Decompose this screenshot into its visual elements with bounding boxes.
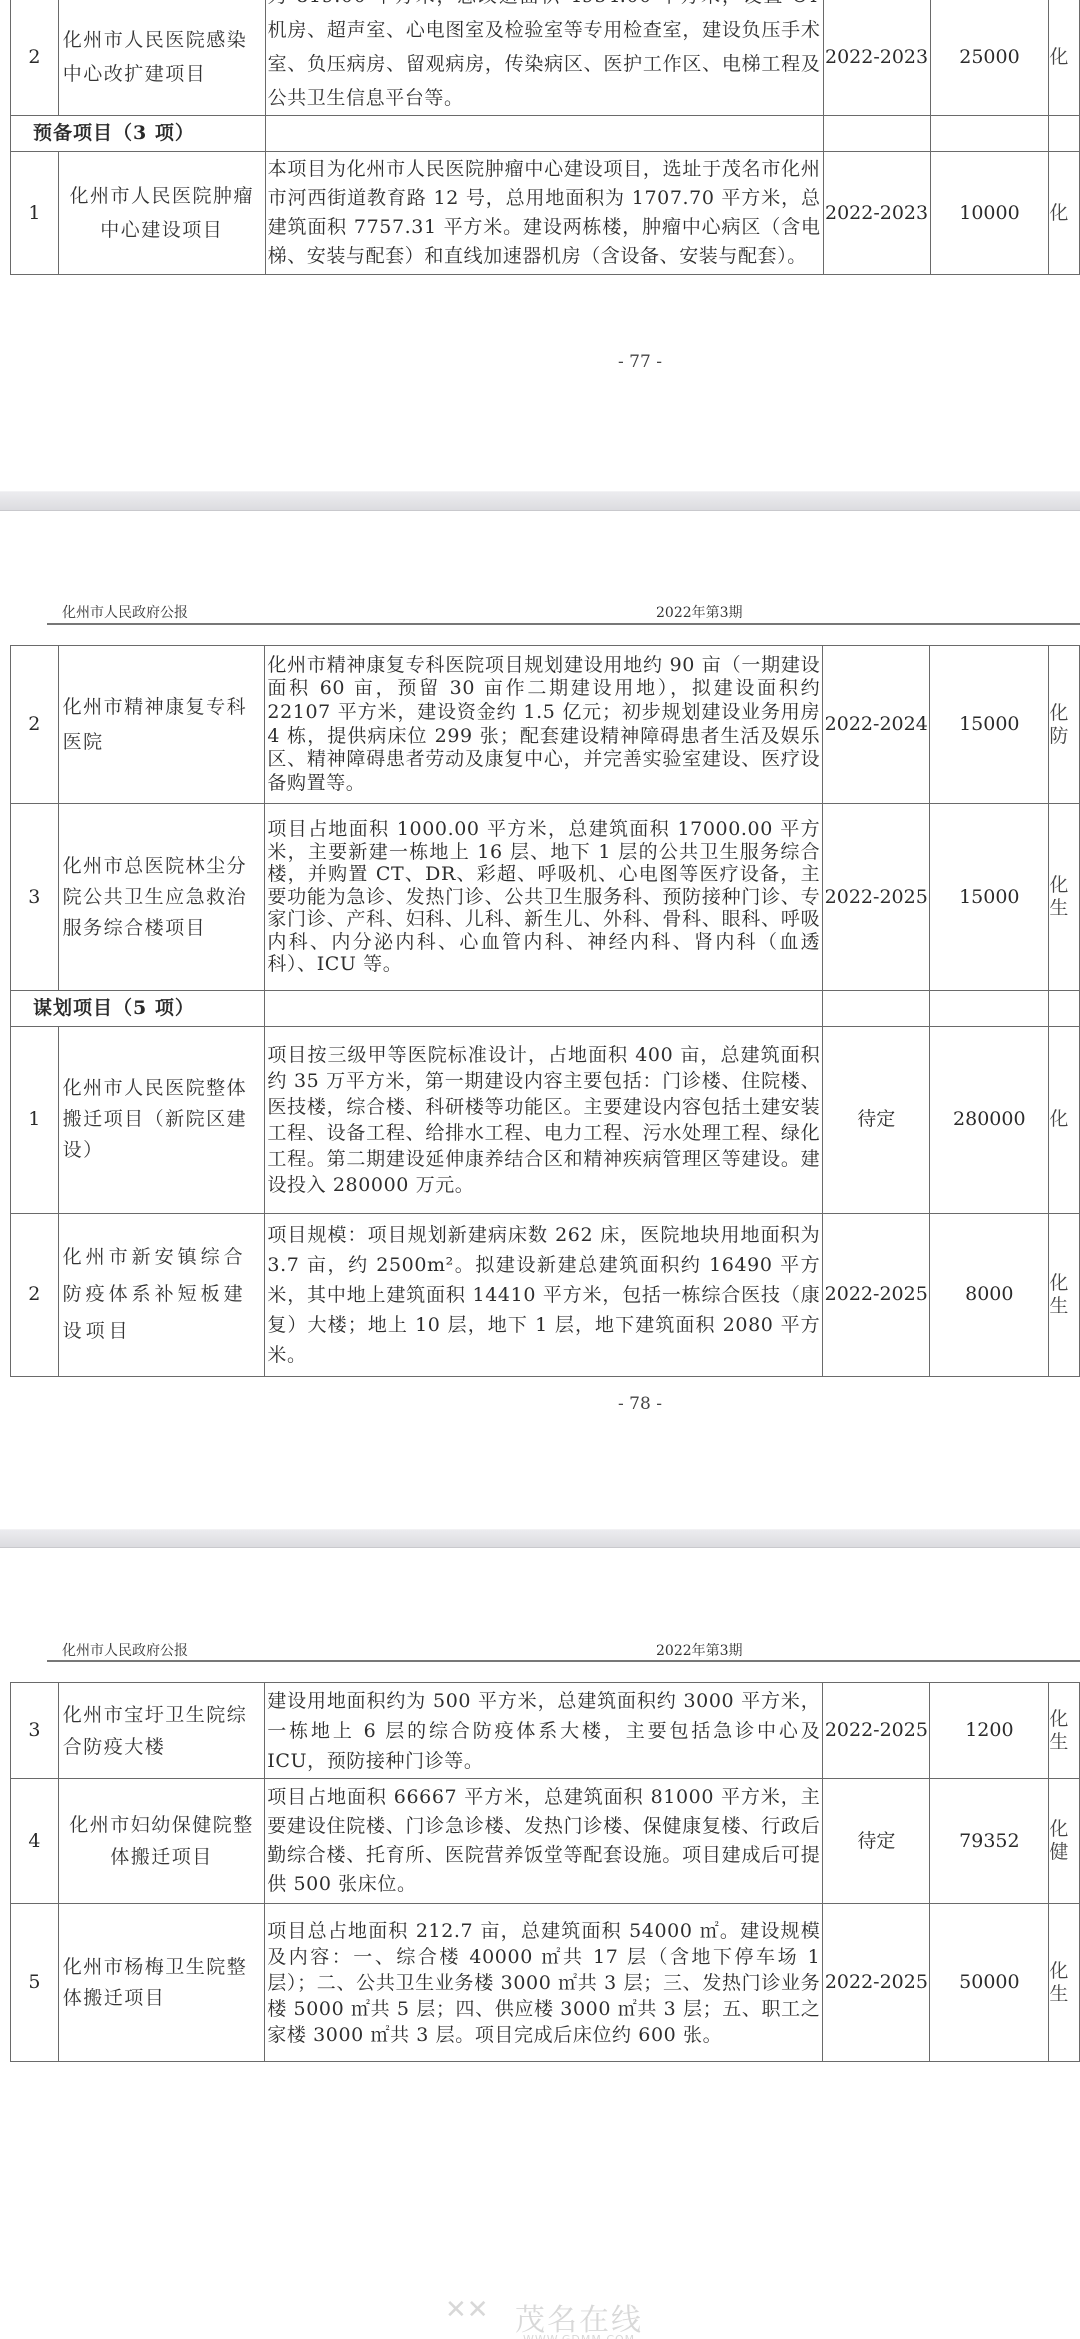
project-amount: 8000 (930, 1213, 1049, 1376)
section-row: 预备项目（3 项） (11, 116, 1080, 152)
project-table-page-77: 2 化州市人民医院感染中心改扩建项目 为 819.00 平方米，总改造面积 49… (10, 0, 1080, 275)
project-description: 项目占地面积 1000.00 平方米，总建筑面积 17000.00 平方米，主要… (265, 804, 823, 991)
project-extra-cut: 化生 (1049, 1213, 1080, 1376)
section-label-reserve: 预备项目（3 项） (11, 116, 266, 152)
page-number: - 77 - (0, 352, 1080, 372)
empty-cell (265, 116, 823, 152)
row-number: 1 (11, 1026, 59, 1213)
project-amount: 15000 (930, 804, 1049, 991)
row-number: 1 (11, 152, 59, 275)
project-amount: 1200 (930, 1683, 1049, 1779)
header-rule (47, 623, 1080, 625)
project-name: 化州市妇幼保健院整体搬迁项目 (58, 1779, 265, 1904)
project-amount: 50000 (930, 1904, 1049, 2062)
project-description: 项目规模：项目规划新建病床数 262 床，医院地块用地面积为 3.7 亩，约 2… (265, 1213, 823, 1376)
project-years: 2022-2023 (823, 0, 930, 116)
project-amount: 10000 (930, 152, 1049, 275)
project-amount: 79352 (930, 1779, 1049, 1904)
project-name: 化州市总医院林尘分院公共卫生应急救治服务综合楼项目 (58, 804, 265, 991)
site-watermark: ✕✕茂名在线 WWW.GDMM.COM (445, 2295, 643, 2339)
project-description: 项目占地面积 66667 平方米，总建筑面积 81000 平方米，主要建设住院楼… (265, 1779, 823, 1904)
project-description: 建设用地面积约为 500 平方米，总建筑面积约 3000 平方米，一栋地上 6 … (265, 1683, 823, 1779)
project-extra-cut: 化 (1049, 152, 1080, 275)
row-number: 3 (11, 1683, 59, 1779)
empty-cell (265, 991, 823, 1027)
project-name: 化州市人民医院感染中心改扩建项目 (58, 0, 265, 116)
header-rule (47, 1660, 1080, 1662)
watermark-url: WWW.GDMM.COM (523, 2333, 643, 2339)
project-name: 化州市人民医院整体搬迁项目（新院区建设） (58, 1026, 265, 1213)
project-name: 化州市精神康复专科医院 (58, 646, 265, 804)
watermark-logo-icon: ✕✕ (445, 2295, 515, 2325)
project-extra-cut: 化生 (1049, 1904, 1080, 2062)
page-number: - 78 - (0, 1394, 1080, 1414)
page-separator (0, 491, 1080, 511)
table-row: 2 化州市精神康复专科医院 化州市精神康复专科医院项目规划建设用地约 90 亩（… (11, 646, 1080, 804)
project-years: 待定 (823, 1026, 930, 1213)
row-number: 2 (11, 1213, 59, 1376)
row-number: 2 (11, 0, 59, 116)
row-number: 4 (11, 1779, 59, 1904)
project-description: 项目总占地面积 212.7 亩，总建筑面积 54000 ㎡。建设规模及内容：一、… (265, 1904, 823, 2062)
publication-name: 化州市人民政府公报 (62, 602, 188, 622)
empty-cell (930, 116, 1049, 152)
project-years: 待定 (823, 1779, 930, 1904)
page-separator (0, 1529, 1080, 1548)
project-years: 2022-2024 (823, 646, 930, 804)
project-years: 2022-2023 (823, 152, 930, 275)
project-extra-cut: 化生 (1049, 804, 1080, 991)
project-extra-cut: 化健 (1049, 1779, 1080, 1904)
project-amount: 25000 (930, 0, 1049, 116)
table-row: 3 化州市宝圩卫生院综合防疫大楼 建设用地面积约为 500 平方米，总建筑面积约… (11, 1683, 1080, 1779)
table-row: 2 化州市人民医院感染中心改扩建项目 为 819.00 平方米，总改造面积 49… (11, 0, 1080, 116)
table-row: 4 化州市妇幼保健院整体搬迁项目 项目占地面积 66667 平方米，总建筑面积 … (11, 1779, 1080, 1904)
project-name: 化州市杨梅卫生院整体搬迁项目 (58, 1904, 265, 2062)
project-name: 化州市新安镇综合防疫体系补短板建设项目 (58, 1213, 265, 1376)
project-description: 项目按三级甲等医院标准设计，占地面积 400 亩，总建筑面积约 35 万平方米，… (265, 1026, 823, 1213)
empty-cell (1049, 116, 1080, 152)
row-number: 2 (11, 646, 59, 804)
project-description: 化州市精神康复专科医院项目规划建设用地约 90 亩（一期建设面积 60 亩，预留… (265, 646, 823, 804)
project-years: 2022-2025 (823, 804, 930, 991)
issue-label: 2022年第3期 (656, 1640, 743, 1660)
empty-cell (823, 991, 930, 1027)
empty-cell (1049, 991, 1080, 1027)
publication-name: 化州市人民政府公报 (62, 1640, 188, 1660)
table-row: 1 化州市人民医院整体搬迁项目（新院区建设） 项目按三级甲等医院标准设计，占地面… (11, 1026, 1080, 1213)
project-years: 2022-2025 (823, 1213, 930, 1376)
row-number: 5 (11, 1904, 59, 2062)
row-number: 3 (11, 804, 59, 991)
table-row: 2 化州市新安镇综合防疫体系补短板建设项目 项目规模：项目规划新建病床数 262… (11, 1213, 1080, 1376)
project-table-page-78: 2 化州市精神康复专科医院 化州市精神康复专科医院项目规划建设用地约 90 亩（… (10, 645, 1080, 1377)
project-extra-cut: 化 (1049, 0, 1080, 116)
issue-label: 2022年第3期 (656, 602, 743, 622)
empty-cell (930, 991, 1049, 1027)
section-label-planning: 谋划项目（5 项） (11, 991, 265, 1027)
table-row: 5 化州市杨梅卫生院整体搬迁项目 项目总占地面积 212.7 亩，总建筑面积 5… (11, 1904, 1080, 2062)
project-amount: 15000 (930, 646, 1049, 804)
project-years: 2022-2025 (823, 1904, 930, 2062)
table-row: 1 化州市人民医院肿瘤中心建设项目 本项目为化州市人民医院肿瘤中心建设项目，选址… (11, 152, 1080, 275)
project-name: 化州市人民医院肿瘤中心建设项目 (58, 152, 265, 275)
project-extra-cut: 化防 (1049, 646, 1080, 804)
project-table-page-79: 3 化州市宝圩卫生院综合防疫大楼 建设用地面积约为 500 平方米，总建筑面积约… (10, 1682, 1080, 2062)
project-description-text: 为 819.00 平方米，总改造面积 4954.00 平方米，设置 CT 机房、… (268, 0, 821, 115)
project-description: 本项目为化州市人民医院肿瘤中心建设项目，选址于茂名市化州市河西街道教育路 12 … (265, 152, 823, 275)
table-row: 3 化州市总医院林尘分院公共卫生应急救治服务综合楼项目 项目占地面积 1000.… (11, 804, 1080, 991)
project-name: 化州市宝圩卫生院综合防疫大楼 (58, 1683, 265, 1779)
empty-cell (823, 116, 930, 152)
project-extra-cut: 化 (1049, 1026, 1080, 1213)
project-years: 2022-2025 (823, 1683, 930, 1779)
project-extra-cut: 化生 (1049, 1683, 1080, 1779)
project-amount: 280000 (930, 1026, 1049, 1213)
section-row: 谋划项目（5 项） (11, 991, 1080, 1027)
project-description: 为 819.00 平方米，总改造面积 4954.00 平方米，设置 CT 机房、… (265, 0, 823, 116)
